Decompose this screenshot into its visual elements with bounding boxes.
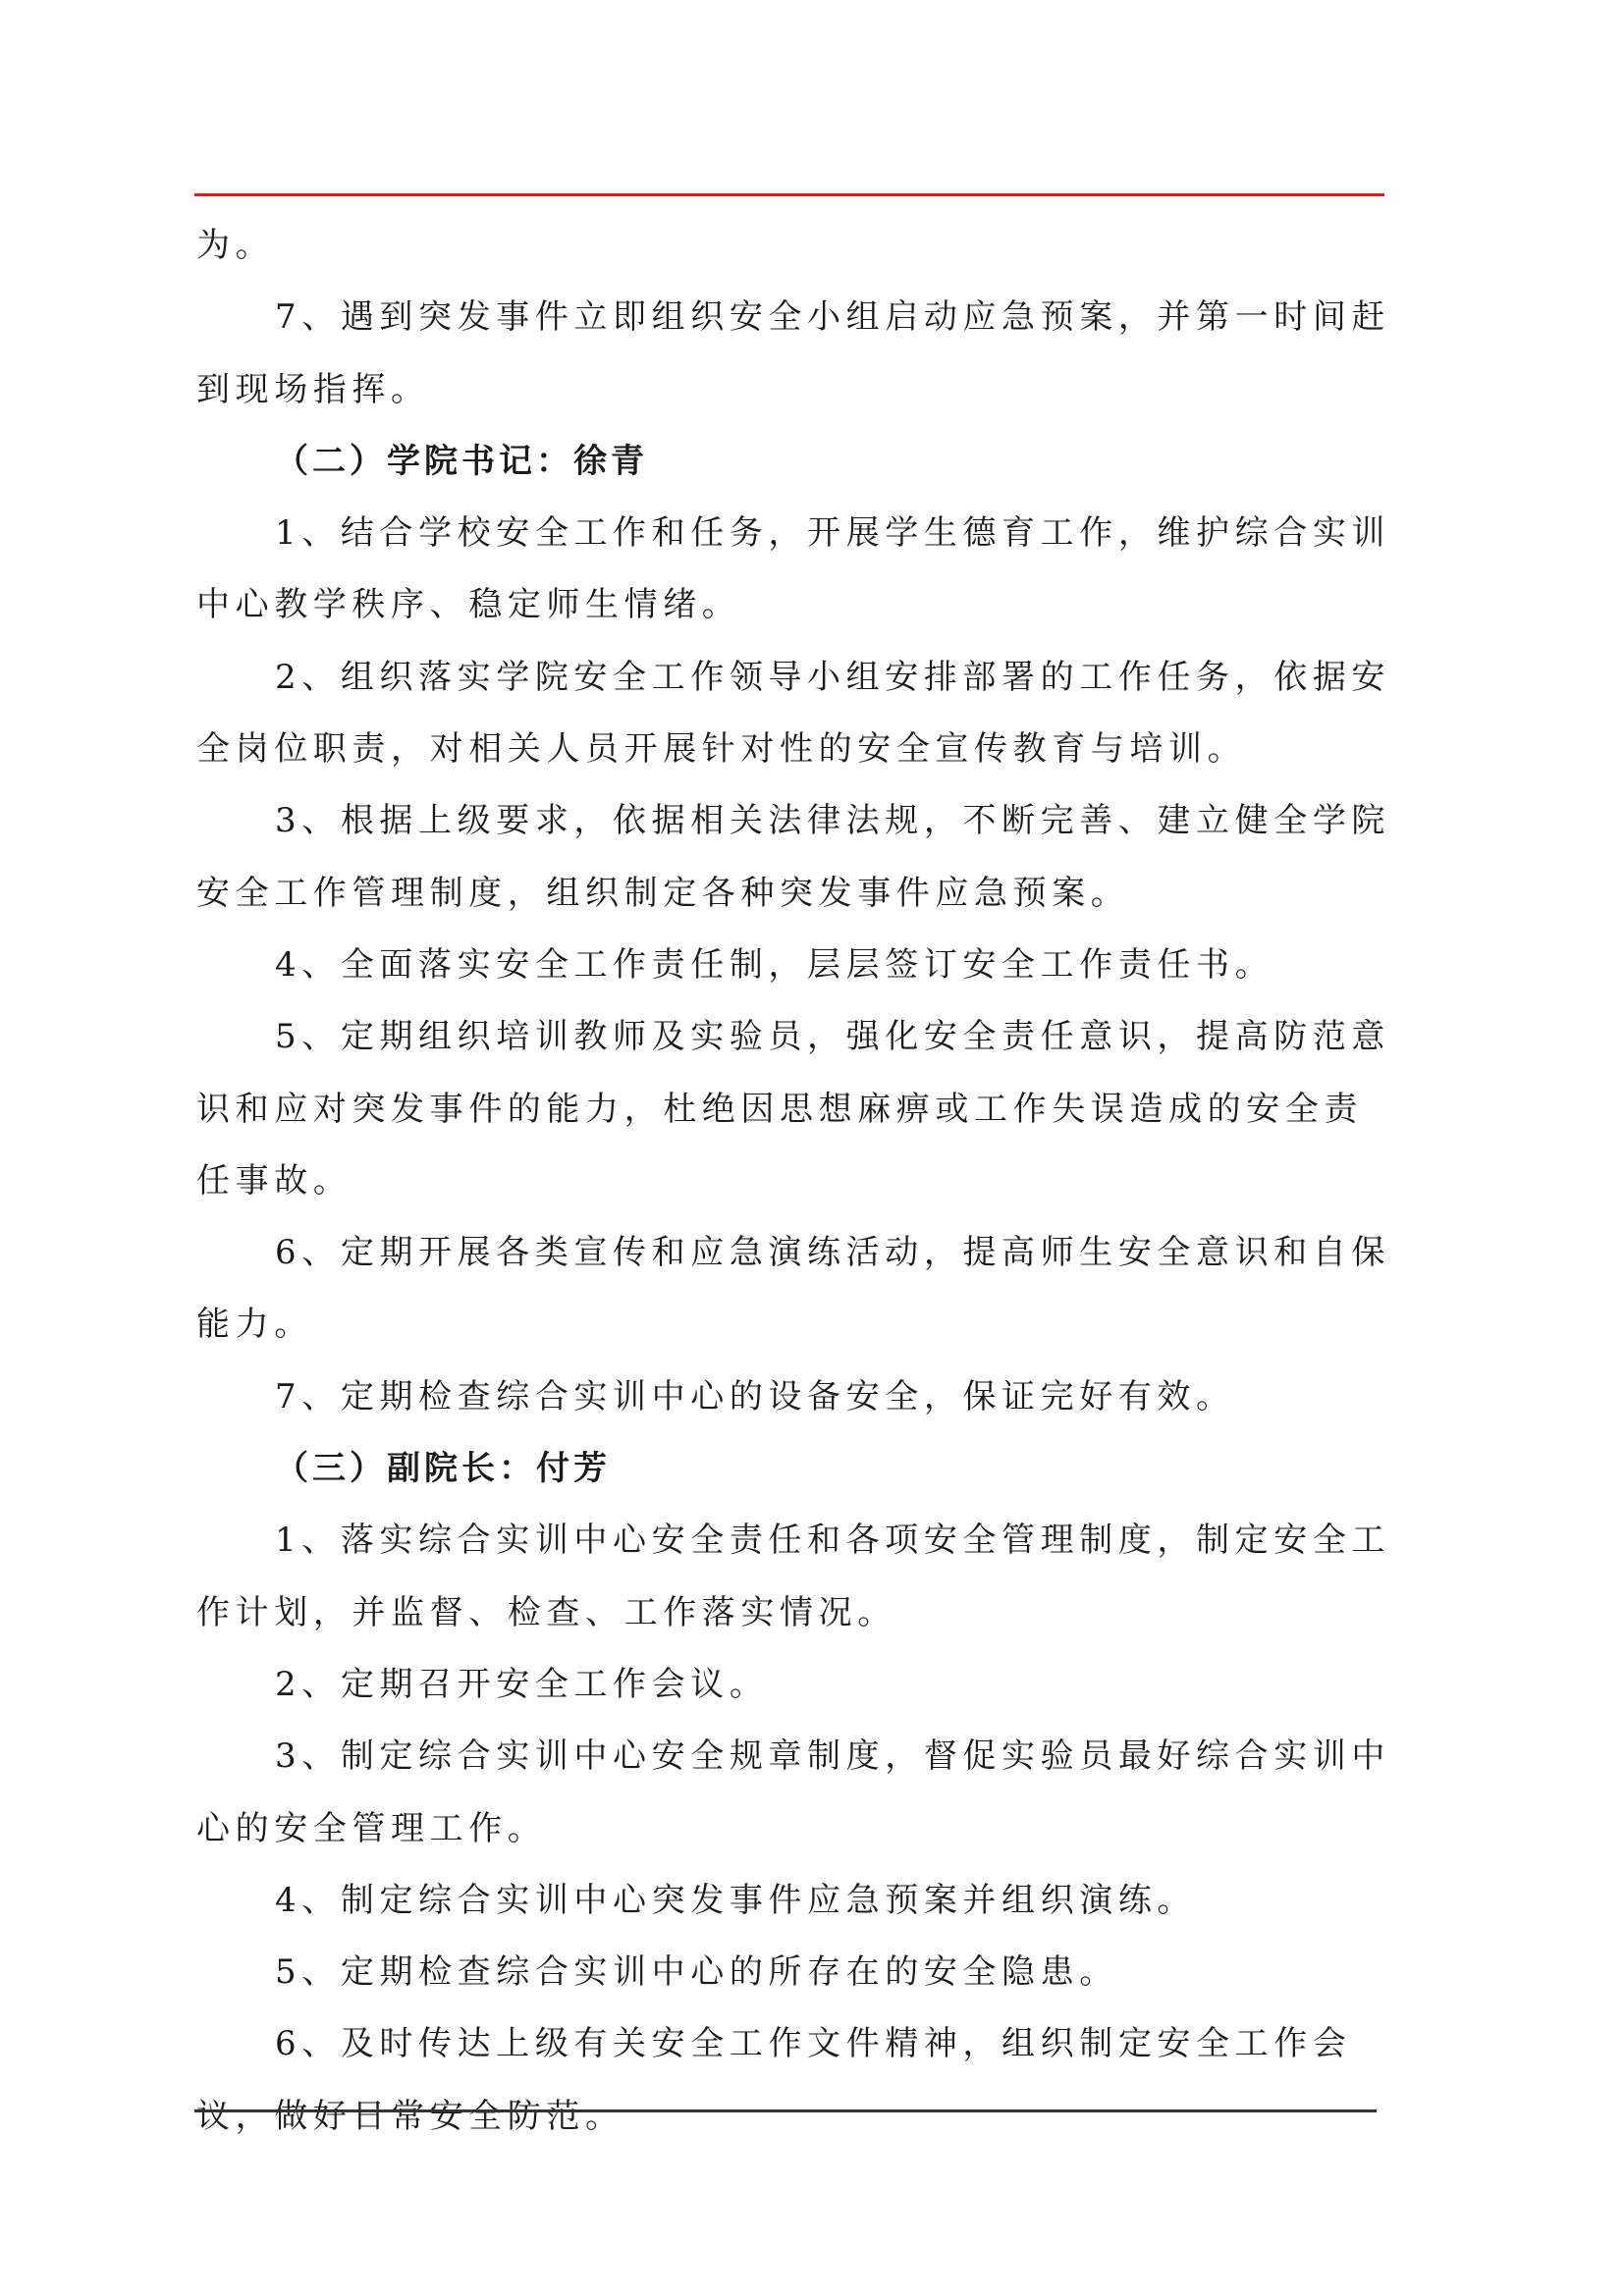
- text-line: 中心教学秩序、稳定师生情绪。: [196, 569, 1375, 641]
- list-item-start: 5、定期组织培训教师及实验员，强化安全责任意识，提高防范意: [196, 1001, 1375, 1073]
- list-item-start: 3、根据上级要求，依据相关法律法规，不断完善、建立健全学院: [196, 785, 1375, 857]
- section-heading-secretary: （二）学院书记：徐青: [196, 426, 1375, 498]
- text-line: 安全工作管理制度，组织制定各种突发事件应急预案。: [196, 858, 1375, 930]
- list-item-start: 5、定期检查综合实训中心的所存在的安全隐患。: [196, 1937, 1375, 2008]
- text-line: 全岗位职责，对相关人员开展针对性的安全宣传教育与培训。: [196, 714, 1375, 785]
- list-item-start: 3、制定综合实训中心安全规章制度，督促实验员最好综合实训中: [196, 1721, 1375, 1792]
- list-item-7-start: 7、遇到突发事件立即组织安全小组启动应急预案，并第一时间赶: [196, 282, 1375, 353]
- text-line: 能力。: [196, 1289, 1375, 1361]
- section-heading-vice-dean: （三）副院长：付芳: [196, 1433, 1375, 1505]
- list-item-start: 6、定期开展各类宣传和应急演练活动，提高师生安全意识和自保: [196, 1217, 1375, 1289]
- header-red-rule: [194, 193, 1384, 196]
- text-line: 为。: [196, 210, 1375, 282]
- list-item-start: 1、落实综合实训中心安全责任和各项安全管理制度，制定安全工: [196, 1505, 1375, 1576]
- list-item-start: 2、定期召开安全工作会议。: [196, 1649, 1375, 1721]
- document-body: 为。 7、遇到突发事件立即组织安全小组启动应急预案，并第一时间赶 到现场指挥。 …: [196, 210, 1375, 2153]
- list-item-start: 4、全面落实安全工作责任制，层层签订安全工作责任书。: [196, 930, 1375, 1001]
- list-item-start: 1、结合学校安全工作和任务，开展学生德育工作，维护综合实训: [196, 498, 1375, 569]
- text-line: 识和应对突发事件的能力，杜绝因思想麻痹或工作失误造成的安全责: [196, 1074, 1375, 1146]
- text-line: 心的安全管理工作。: [196, 1793, 1375, 1865]
- list-item-start: 4、制定综合实训中心突发事件应急预案并组织演练。: [196, 1865, 1375, 1937]
- list-item-start: 2、组织落实学院安全工作领导小组安排部署的工作任务，依据安: [196, 642, 1375, 714]
- text-line: 到现场指挥。: [196, 354, 1375, 426]
- text-line: 任事故。: [196, 1146, 1375, 1217]
- text-line: 作计划，并监督、检查、工作落实情况。: [196, 1577, 1375, 1649]
- footer-rule: [194, 2109, 1377, 2112]
- list-item-start: 7、定期检查综合实训中心的设备安全，保证完好有效。: [196, 1362, 1375, 1433]
- list-item-start: 6、及时传达上级有关安全工作文件精神，组织制定安全工作会: [196, 2008, 1375, 2080]
- text-line: 议，做好日常安全防范。: [196, 2081, 1375, 2153]
